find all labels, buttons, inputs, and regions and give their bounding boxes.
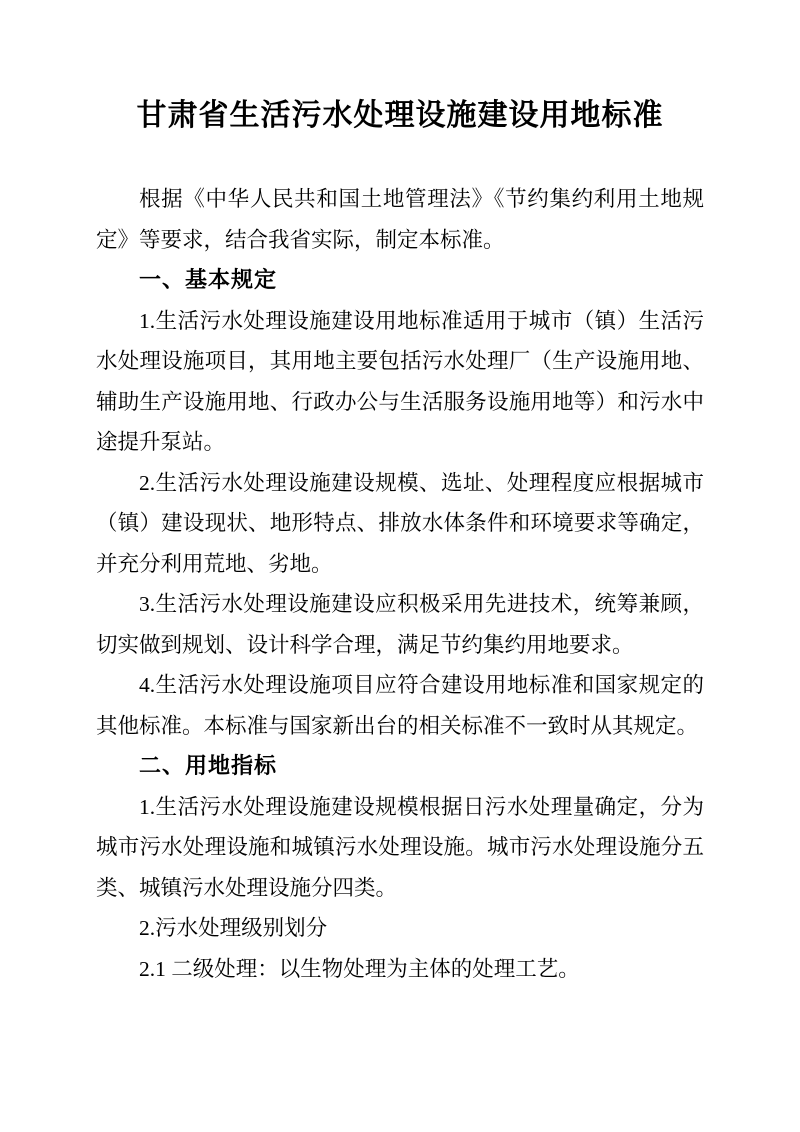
heading-section-1-basic-rules: 一、基本规定 [96,260,704,301]
heading-section-2-land-use-indicators: 二、用地指标 [96,746,704,787]
paragraph-1-1: 1.生活污水处理设施建设用地标准适用于城市（镇）生活污水处理设施项目，其用地主要… [96,301,704,463]
paragraph-2-1: 1.生活污水处理设施建设规模根据日污水处理量确定，分为城市污水处理设施和城镇污水… [96,787,704,909]
document-page: 甘肃省生活污水处理设施建设用地标准 根据《中华人民共和国土地管理法》《节约集约利… [0,0,800,1132]
paragraph-2-2: 2.污水处理级别划分 [96,908,704,949]
paragraph-1-2: 2.生活污水处理设施建设规模、选址、处理程度应根据城市（镇）建设现状、地形特点、… [96,463,704,585]
paragraph-2-2-1: 2.1 二级处理：以生物处理为主体的处理工艺。 [96,949,704,990]
paragraph-preamble: 根据《中华人民共和国土地管理法》《节约集约利用土地规定》等要求，结合我省实际，制… [96,179,704,260]
paragraph-1-4: 4.生活污水处理设施项目应符合建设用地标准和国家规定的其他标准。本标准与国家新出… [96,665,704,746]
doc-body: 根据《中华人民共和国土地管理法》《节约集约利用土地规定》等要求，结合我省实际，制… [96,179,704,989]
paragraph-1-3: 3.生活污水处理设施建设应积极采用先进技术，统筹兼顾，切实做到规划、设计科学合理… [96,584,704,665]
doc-title: 甘肃省生活污水处理设施建设用地标准 [96,94,704,138]
